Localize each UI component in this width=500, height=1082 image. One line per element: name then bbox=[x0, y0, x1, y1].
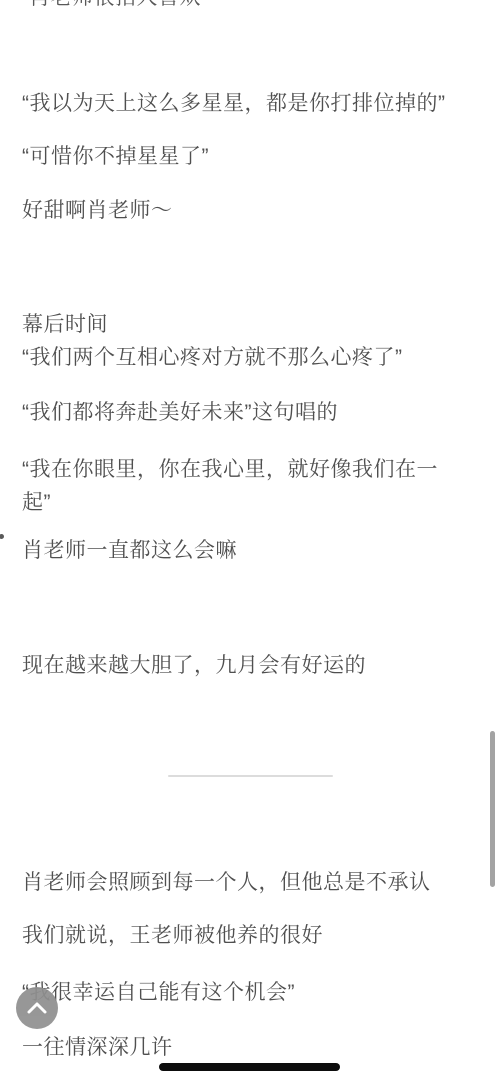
back-to-top-button[interactable] bbox=[16, 987, 58, 1029]
paragraph-cares-everyone: 肖老师会照顾到每一个人，但他总是不承认 bbox=[22, 870, 431, 896]
stray-dot bbox=[0, 534, 4, 539]
quote-eyes-heart-line2: 起” bbox=[22, 491, 51, 514]
quote-eyes-heart-line1: “我在你眼里，你在我心里，就好像我们在一 bbox=[22, 458, 438, 481]
chevron-up-icon bbox=[26, 1001, 48, 1015]
home-indicator-handle[interactable] bbox=[159, 1063, 340, 1071]
paragraph-clipped-top: 肖老师很招人喜欢 bbox=[29, 0, 201, 11]
scrollbar-thumb[interactable] bbox=[490, 731, 495, 887]
paragraph-bolder-september: 现在越来越大胆了，九月会有好运的 bbox=[22, 653, 366, 679]
paragraph-always-charming: 肖老师一直都这么会嘛 bbox=[22, 538, 237, 564]
paragraph-behind-scenes: 幕后时间 bbox=[22, 312, 108, 338]
paragraph-quote-future: “我们都将奔赴美好未来”这句唱的 bbox=[22, 400, 338, 426]
paragraph-quote-stars: “我以为天上这么多星星，都是你打排位掉的” bbox=[22, 91, 446, 117]
paragraph-deep-affection: 一往情深深几许 bbox=[22, 1035, 173, 1061]
paragraph-quote-eyes-heart: “我在你眼里，你在我心里，就好像我们在一起” bbox=[22, 453, 467, 519]
paragraph-sweet-teacher: 好甜啊肖老师～ bbox=[22, 198, 173, 224]
paragraph-quote-lucky: “我很幸运自己能有这个机会” bbox=[22, 980, 295, 1006]
section-divider bbox=[168, 775, 333, 777]
paragraph-quote-no-stars: “可惜你不掉星星了” bbox=[22, 144, 209, 170]
content-screen: 肖老师很招人喜欢 “我以为天上这么多星星，都是你打排位掉的” “可惜你不掉星星了… bbox=[0, 0, 500, 1082]
paragraph-well-raised: 我们就说，王老师被他养的很好 bbox=[22, 923, 323, 949]
paragraph-quote-heartache: “我们两个互相心疼对方就不那么心疼了” bbox=[22, 345, 403, 371]
